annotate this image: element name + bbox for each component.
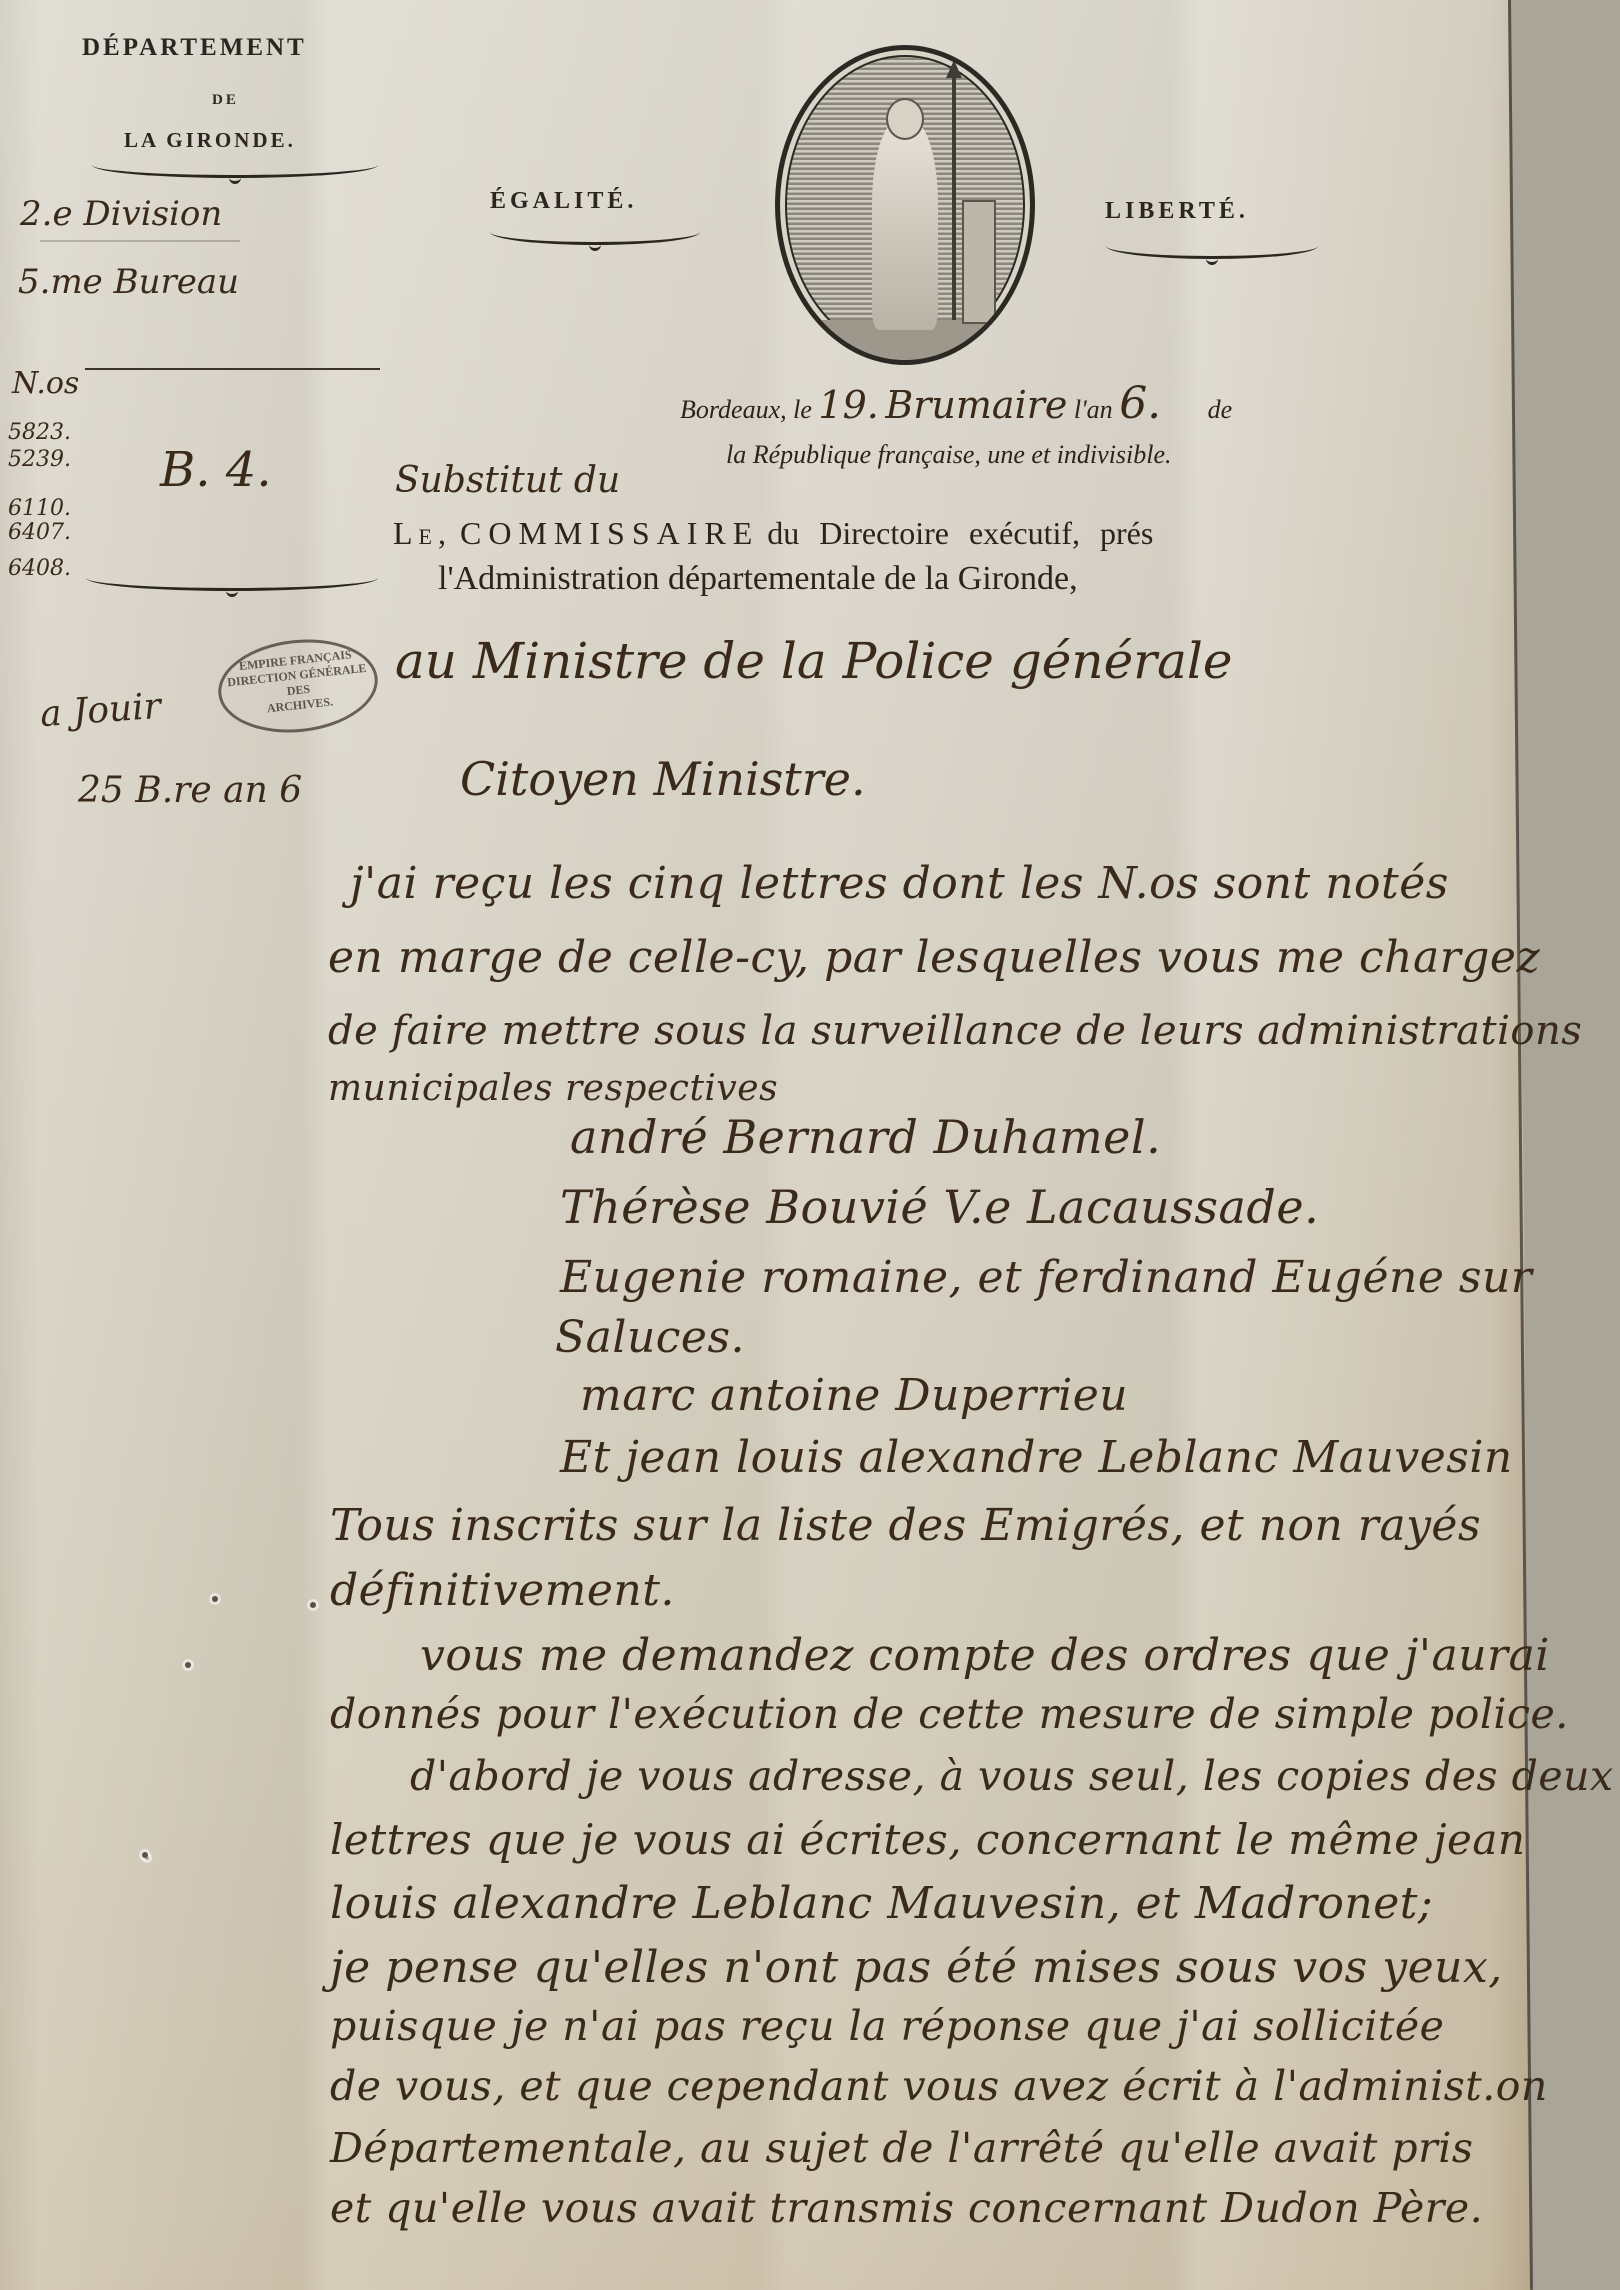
name-5: Et jean louis alexandre Leblanc Mauvesin — [560, 1432, 1513, 1483]
answered-note-2: 25 B.re an 6 — [78, 770, 302, 811]
bureau-note: 5.me Bureau — [18, 262, 239, 302]
sender-line-2: l'Administration départementale de la Gi… — [438, 560, 1078, 598]
body-line-15: Départementale, au sujet de l'arrêté qu'… — [330, 2124, 1473, 2172]
body-line-6: définitivement. — [330, 1565, 675, 1616]
substitut-insert: Substitut du — [395, 460, 620, 501]
dateline: Bordeaux, le 19. Brumaire l'an 6. de — [680, 378, 1232, 429]
name-3-cont: Saluces. — [555, 1312, 745, 1363]
body-line-2: en marge de celle-cy, par lesquelles vou… — [328, 932, 1540, 983]
name-2: Thérèse Bouvié V.e Lacaussade. — [560, 1180, 1319, 1234]
reference-code: B. 4. — [160, 442, 272, 498]
dateline-de: de — [1208, 395, 1233, 424]
body-line-12: je pense qu'elles n'ont pas été mises so… — [330, 1942, 1503, 1993]
medallion-figure — [872, 120, 938, 330]
body-line-13: puisque je n'ai pas reçu la réponse que … — [330, 2002, 1444, 2050]
body-line-14: de vous, et que cependant vous avez écri… — [330, 2062, 1548, 2110]
salutation: Citoyen Ministre. — [460, 752, 866, 806]
medallion-head — [886, 98, 924, 140]
letter-number-3: 6110. — [8, 496, 71, 521]
body-line-16: et qu'elle vous avait transmis concernan… — [330, 2184, 1483, 2232]
pinhole — [310, 1602, 316, 1608]
sender-rest: du Directoire exécutif, prés — [767, 515, 1153, 551]
medallion-pike — [952, 70, 956, 320]
letter-number-5: 6408. — [8, 556, 71, 581]
answered-note-1: a Jouir — [39, 686, 162, 735]
pinhole — [212, 1596, 218, 1602]
body-line-11: louis alexandre Leblanc Mauvesin, et Mad… — [330, 1878, 1433, 1929]
body-line-3: de faire mettre sous la surveillance de … — [328, 1008, 1582, 1054]
name-3: Eugenie romaine, et ferdinand Eugéne sur — [560, 1252, 1532, 1303]
division-note: 2.e Division — [20, 194, 222, 234]
dateline-month: Brumaire — [885, 383, 1067, 427]
sender-title: COMMISSAIRE — [460, 515, 759, 551]
sender-line-1: Le, COMMISSAIRE du Directoire exécutif, … — [393, 515, 1153, 552]
letter-number-2: 5239. — [8, 447, 71, 472]
dateline-year-label: l'an — [1074, 395, 1113, 424]
dateline-day: 19. — [818, 383, 878, 427]
medallion-column — [962, 200, 996, 324]
body-line-4: municipales respectives — [328, 1068, 778, 1109]
dateline-year: 6. — [1119, 378, 1161, 429]
letter-number-4: 6407. — [8, 520, 71, 545]
body-line-7: vous me demandez compte des ordres que j… — [420, 1630, 1550, 1681]
numbers-label: N.os — [12, 366, 79, 401]
body-line-10: lettres que je vous ai écrites, concerna… — [330, 1815, 1525, 1864]
dateline-prefix: Bordeaux, le — [680, 395, 812, 424]
addressee: au Ministre de la Police générale — [395, 632, 1232, 690]
pinhole — [185, 1662, 191, 1668]
name-4: marc antoine Duperrieu — [580, 1370, 1128, 1421]
name-1: andré Bernard Duhamel. — [570, 1110, 1161, 1164]
motto-egalite: ÉGALITÉ. — [490, 188, 637, 215]
body-line-9: d'abord je vous adresse, à vous seul, le… — [410, 1752, 1614, 1800]
letter-number-1: 5823. — [8, 420, 71, 445]
body-line-1: j'ai reçu les cinq lettres dont les N.os… — [350, 858, 1449, 909]
motto-liberte: LIBERTÉ. — [1105, 198, 1249, 225]
department-de: DE — [212, 92, 239, 109]
pinhole — [142, 1852, 148, 1858]
numbers-rule — [85, 368, 380, 370]
department-name: LA GIRONDE. — [124, 128, 296, 153]
body-line-5: Tous inscrits sur la liste des Emigrés, … — [330, 1500, 1481, 1551]
body-line-8: donnés pour l'exécution de cette mesure … — [330, 1690, 1569, 1738]
republic-line: la République française, une et indivisi… — [726, 440, 1172, 470]
sender-le: Le, — [393, 515, 452, 551]
department-title: DÉPARTEMENT — [82, 34, 307, 62]
liberty-medallion-icon — [775, 45, 1035, 365]
division-rule — [40, 240, 240, 242]
